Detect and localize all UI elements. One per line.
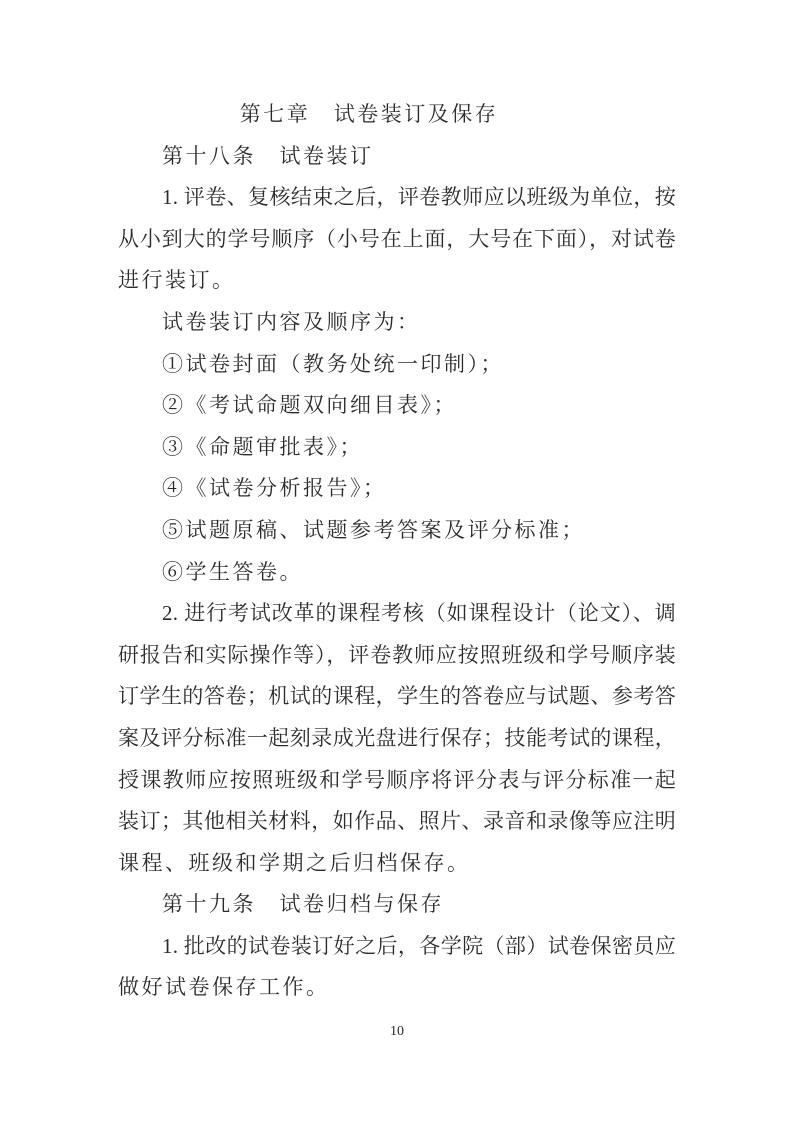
body-line: 案及评分标准一起刻录成光盘进行保存；技能考试的课程， — [118, 718, 676, 760]
list-item-line: ⑥学生答卷。 — [118, 552, 676, 594]
body-line: 课程、班级和学期之后归档保存。 — [118, 843, 676, 885]
body-line: 从小到大的学号顺序（小号在上面，大号在下面），对试卷 — [118, 219, 676, 261]
list-item-line: ⑤试题原稿、试题参考答案及评分标准； — [118, 510, 676, 552]
page-number: 10 — [0, 1022, 794, 1042]
body-line: 1. 评卷、复核结束之后，评卷教师应以班级为单位，按 — [118, 177, 676, 219]
document-body: 第七章 试卷装订及保存第十八条 试卷装订1. 评卷、复核结束之后，评卷教师应以班… — [118, 94, 676, 1009]
body-line: 研报告和实际操作等），评卷教师应按照班级和学号顺序装 — [118, 635, 676, 677]
body-line: 订学生的答卷；机试的课程，学生的答卷应与试题、参考答 — [118, 676, 676, 718]
body-line: 装订；其他相关材料，如作品、照片、录音和录像等应注明 — [118, 801, 676, 843]
document-page: 第七章 试卷装订及保存第十八条 试卷装订1. 评卷、复核结束之后，评卷教师应以班… — [0, 0, 794, 1123]
list-item-line: ③《命题审批表》； — [118, 427, 676, 469]
chapter-heading-line: 第七章 试卷装订及保存 — [118, 94, 676, 136]
list-item-line: ②《考试命题双向细目表》； — [118, 385, 676, 427]
body-line: 试卷装订内容及顺序为： — [118, 302, 676, 344]
body-line: 1. 批改的试卷装订好之后，各学院（部）试卷保密员应 — [118, 926, 676, 968]
list-item-line: ①试卷封面（教务处统一印制）； — [118, 344, 676, 386]
body-line: 2. 进行考试改革的课程考核（如课程设计（论文）、调 — [118, 593, 676, 635]
article-heading-line: 第十九条 试卷归档与保存 — [118, 884, 676, 926]
body-line: 做好试卷保存工作。 — [118, 967, 676, 1009]
body-line: 进行装订。 — [118, 260, 676, 302]
list-item-line: ④《试卷分析报告》； — [118, 468, 676, 510]
body-line: 授课教师应按照班级和学号顺序将评分表与评分标准一起 — [118, 760, 676, 802]
article-heading-line: 第十八条 试卷装订 — [118, 136, 676, 178]
